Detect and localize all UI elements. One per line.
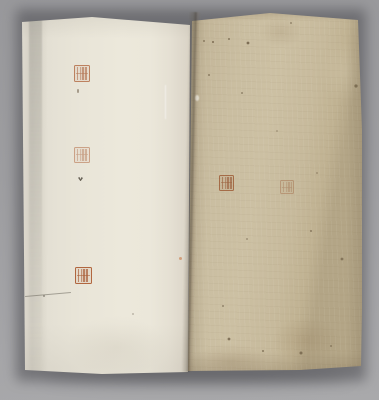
page-stack-edge-band bbox=[29, 17, 42, 374]
faint-dot bbox=[132, 313, 134, 315]
dark-chevron-mark bbox=[78, 177, 83, 181]
seal-left-middle bbox=[74, 147, 90, 163]
right-page bbox=[186, 10, 366, 374]
orange-speck bbox=[179, 257, 182, 260]
paper-scratch bbox=[165, 85, 166, 119]
seal-left-top bbox=[74, 65, 90, 82]
left-page bbox=[22, 17, 196, 374]
seal-right-outer bbox=[280, 180, 294, 194]
seal-left-bottom bbox=[75, 267, 92, 284]
ink-tick bbox=[77, 89, 79, 93]
seal-right-inner bbox=[219, 175, 234, 191]
photo-of-open-album bbox=[0, 0, 379, 400]
crease-speck bbox=[43, 295, 45, 297]
